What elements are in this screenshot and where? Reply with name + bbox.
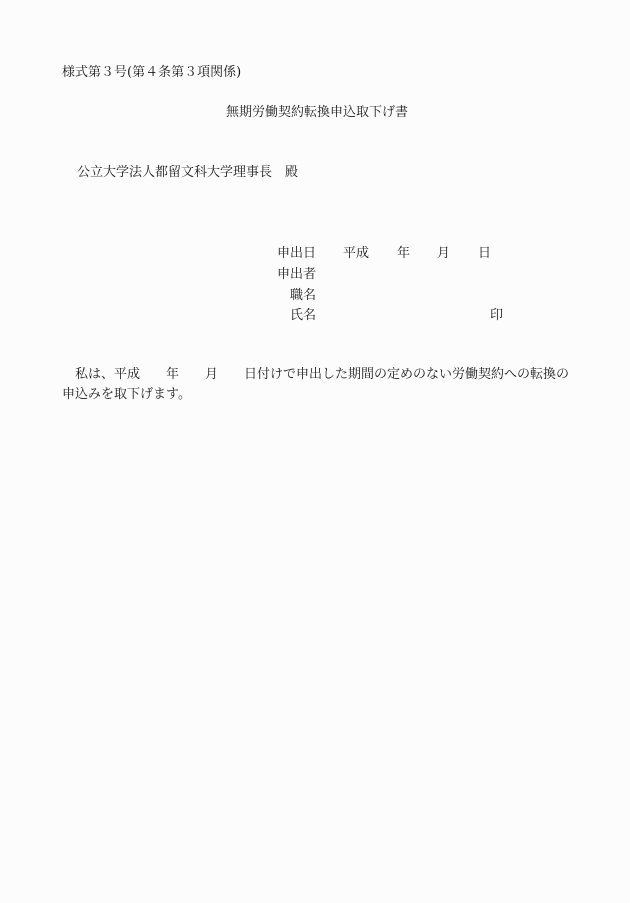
position-label: 職名 [290,289,316,302]
date-era: 平成 [343,247,369,260]
addressee: 公立大学法人都留文科大学理事長殿 [77,166,298,179]
date-month-unit: 月 [437,247,450,260]
statement-year-unit: 年 [166,367,179,382]
date-day-unit: 日 [478,247,491,260]
addressee-honorific: 殿 [285,165,298,180]
statement-month-unit: 月 [205,367,218,382]
document-title: 無期労働契約転換申込取下げ書 [226,106,408,119]
statement-prefix: 私は、平成 [75,367,140,382]
date-label: 申出日 [277,247,316,260]
date-year-unit: 年 [397,247,410,260]
form-number: 様式第３号(第４条第３項関係) [62,66,241,79]
name-label: 氏名 [290,309,316,322]
seal-mark: 印 [490,309,503,322]
applicant-label: 申出者 [277,268,316,281]
withdrawal-statement: 私は、平成年月日付けで申出した期間の定めのない労働契約への転換の申込みを取下げま… [62,365,582,405]
addressee-name: 公立大学法人都留文科大学理事長 [77,165,272,180]
